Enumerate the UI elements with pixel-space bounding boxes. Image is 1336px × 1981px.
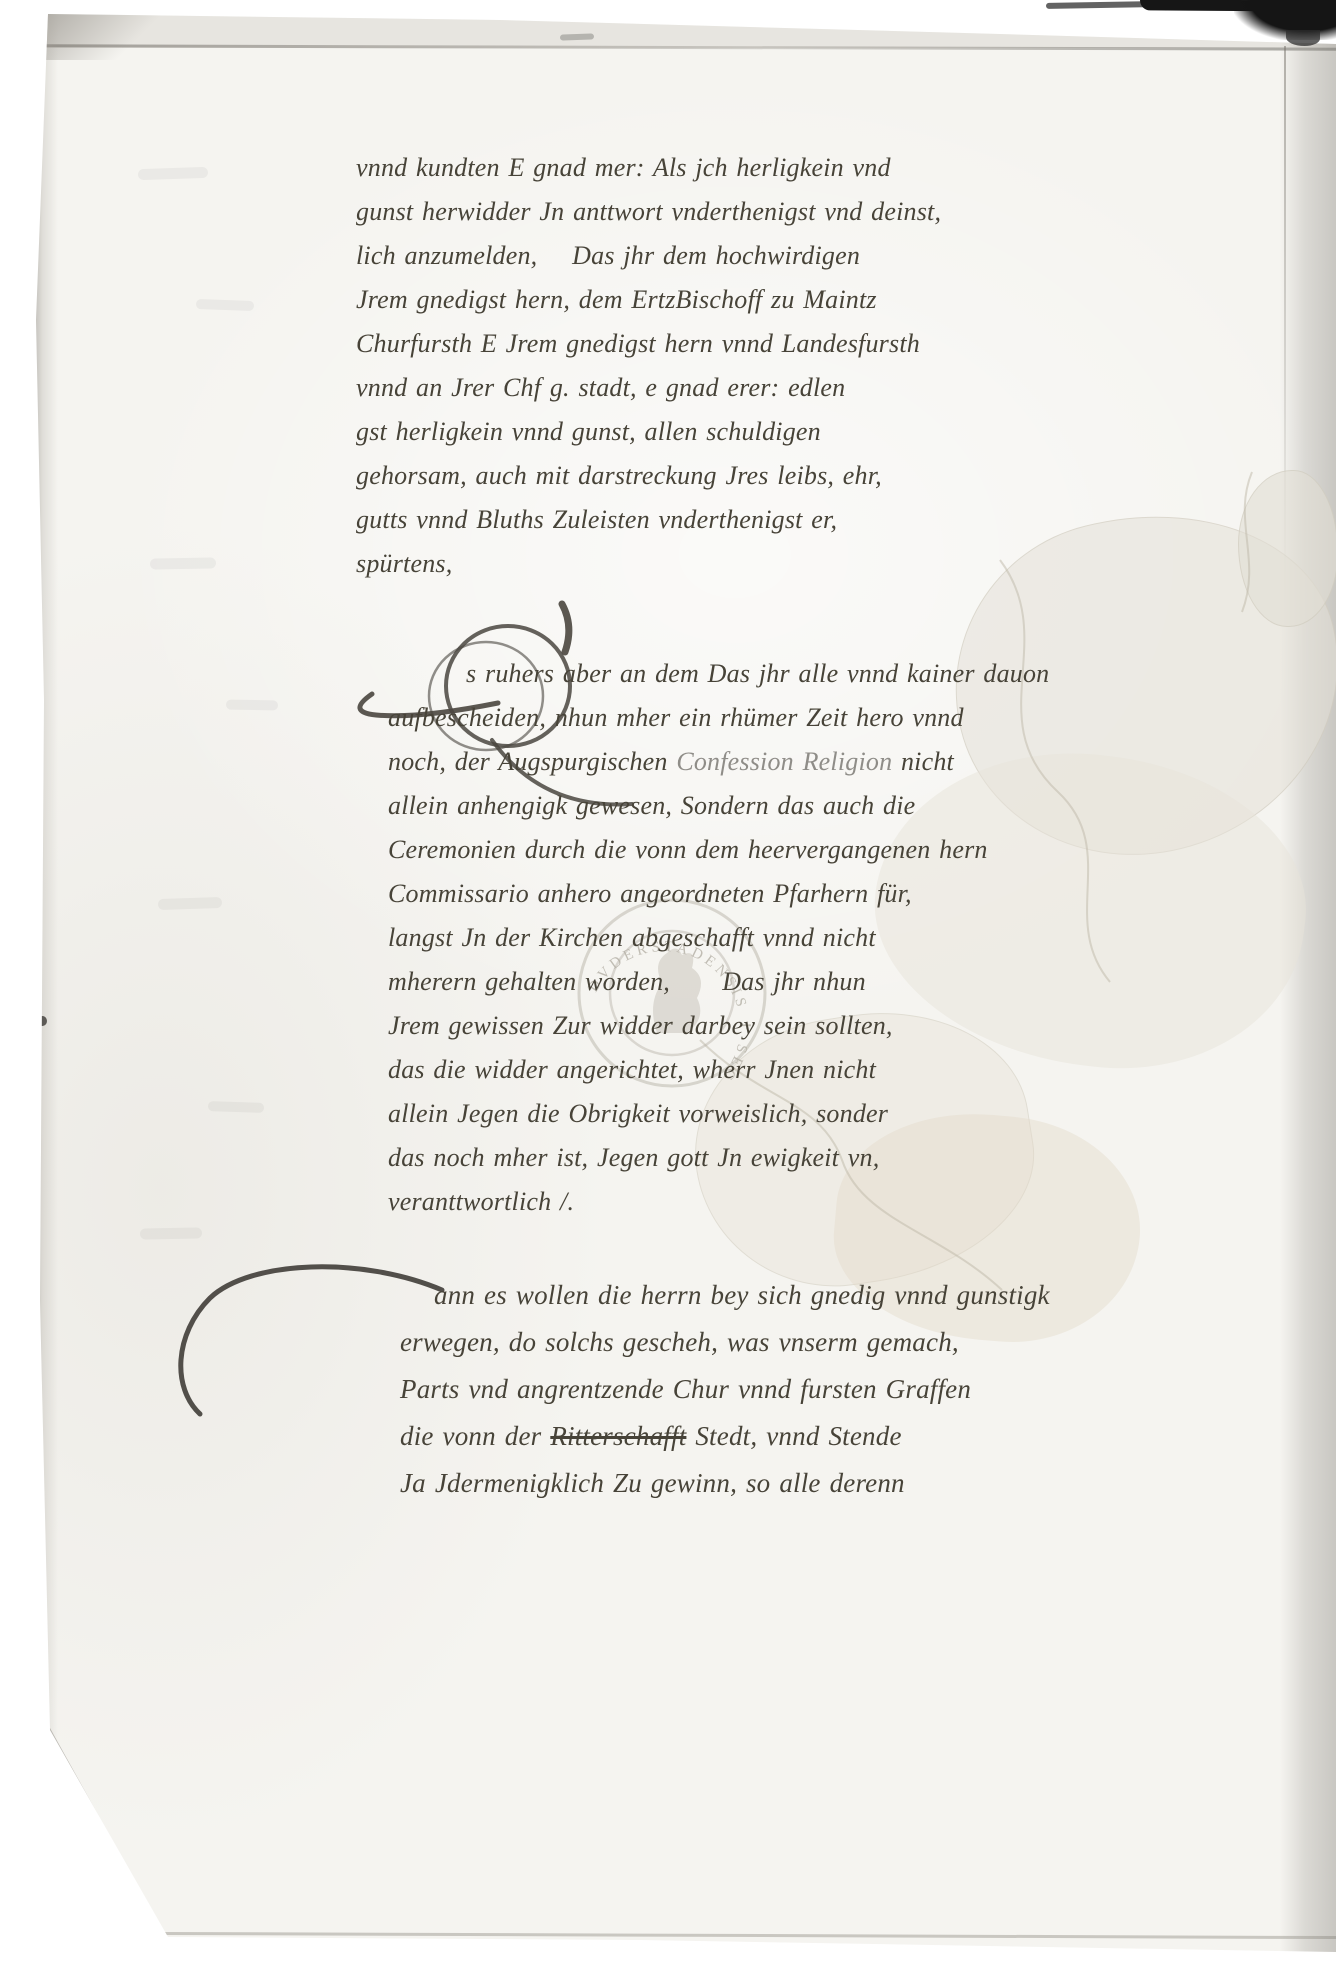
manuscript-line: gunst herwidder Jn anttwort vnderthenigs… xyxy=(356,190,941,234)
manuscript-line: Commissario anhero angeordneten Pfarhern… xyxy=(388,872,1049,916)
manuscript-line: s ruhers aber an dem Das jhr alle vnnd k… xyxy=(388,652,1049,696)
manuscript-page: DVDERSTADENSIS ✝ SEC vnnd kundten E gnad… xyxy=(0,0,1336,1981)
paragraph-2: s ruhers aber an dem Das jhr alle vnnd k… xyxy=(388,652,1049,1224)
manuscript-line: Churfursth E Jrem gnedigst hern vnnd Lan… xyxy=(356,322,941,366)
manuscript-line: noch, der Augspurgischen Confession Reli… xyxy=(388,740,1049,784)
binding-edge-mark xyxy=(1234,0,1336,40)
latin-script-words: Confession Religion xyxy=(676,747,892,776)
binding-edge-mark xyxy=(1046,1,1150,9)
manuscript-scan: { "document": { "kind": "handwritten man… xyxy=(0,0,1336,1981)
binding-edge-mark xyxy=(1286,30,1320,46)
manuscript-line: gutts vnnd Bluths Zuleisten vnderthenigs… xyxy=(356,498,941,542)
manuscript-line: mherern gehalten worden, Das jhr nhun xyxy=(388,960,1049,1004)
manuscript-line: gst herligkein vnnd gunst, allen schuldi… xyxy=(356,410,941,454)
manuscript-line: vnnd kundten E gnad mer: Als jch herligk… xyxy=(356,146,941,190)
paragraph-1: vnnd kundten E gnad mer: Als jch herligk… xyxy=(356,146,941,586)
manuscript-line: Parts vnd angrentzende Chur vnnd fursten… xyxy=(400,1366,1050,1413)
manuscript-line: das noch mher ist, Jegen gott Jn ewigkei… xyxy=(388,1136,1049,1180)
manuscript-line: Jrem gnedigst hern, dem ErtzBischoff zu … xyxy=(356,278,941,322)
paragraph-3: ann es wollen die herrn bey sich gnedig … xyxy=(400,1272,1050,1507)
manuscript-line: allein anhengigk gewesen, Sondern das au… xyxy=(388,784,1049,828)
struck-through-word: Ritterschafft xyxy=(550,1421,686,1451)
manuscript-line: das die widder angerichtet, wherr Jnen n… xyxy=(388,1048,1049,1092)
paper-edge-mark xyxy=(560,33,594,40)
manuscript-line: ann es wollen die herrn bey sich gnedig … xyxy=(400,1272,1050,1319)
manuscript-line: gehorsam, auch mit darstreckung Jres lei… xyxy=(356,454,941,498)
manuscript-line: erwegen, do solchs gescheh, was vnserm g… xyxy=(400,1319,1050,1366)
manuscript-line: Jrem gewissen Zur widder darbey sein sol… xyxy=(388,1004,1049,1048)
manuscript-line: spürtens, xyxy=(356,542,941,586)
manuscript-line: veranttwortlich /. xyxy=(388,1180,1049,1224)
manuscript-line: allein Jegen die Obrigkeit vorweislich, … xyxy=(388,1092,1049,1136)
manuscript-line: langst Jn der Kirchen abgeschafft vnnd n… xyxy=(388,916,1049,960)
manuscript-line: lich anzumelden, Das jhr dem hochwirdige… xyxy=(356,234,941,278)
manuscript-line: Ceremonien durch die vonn dem heervergan… xyxy=(388,828,1049,872)
manuscript-line: vnnd an Jrer Chf g. stadt, e gnad erer: … xyxy=(356,366,941,410)
manuscript-line: die vonn der Ritterschafft Stedt, vnnd S… xyxy=(400,1413,1050,1460)
manuscript-line: aufbescheiden, nhun mher ein rhümer Zeit… xyxy=(388,696,1049,740)
manuscript-line: Ja Jdermenigklich Zu gewinn, so alle der… xyxy=(400,1460,1050,1507)
